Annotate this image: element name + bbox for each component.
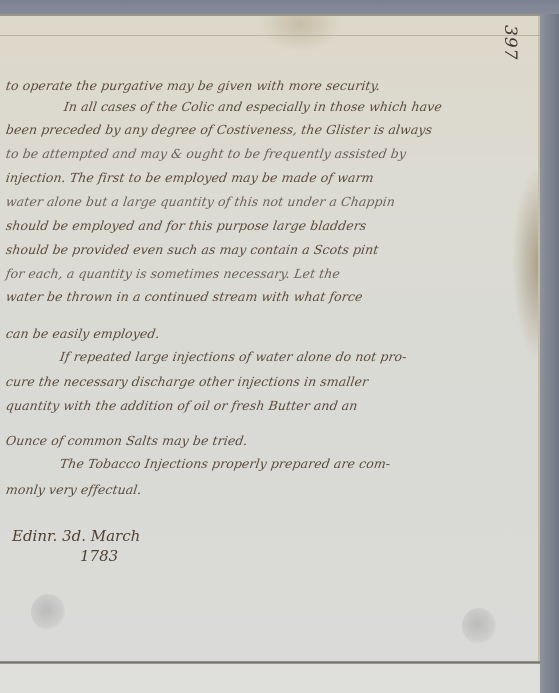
scan-backdrop-top — [0, 0, 559, 14]
text-line: to be attempted and may & ought to be fr… — [5, 146, 407, 161]
library-stamp-right — [462, 608, 496, 644]
text-line: If repeated large injections of water al… — [59, 349, 408, 364]
text-line: The Tobacco Injections properly prepared… — [59, 456, 391, 471]
library-stamp-left — [31, 594, 65, 630]
text-line: Ounce of common Salts may be tried. — [5, 433, 249, 448]
text-line: should be employed and for this purpose … — [5, 218, 368, 233]
fold-line-top — [0, 35, 540, 36]
text-line: can be easily employed. — [5, 326, 161, 341]
text-line: injection. The first to be employed may … — [5, 170, 375, 185]
page-lower-margin — [0, 664, 540, 693]
text-line: water alone but a large quantity of this… — [5, 194, 396, 209]
text-line: to operate the purgative may be given wi… — [5, 78, 381, 93]
text-line: quantity with the addition of oil or fre… — [5, 398, 359, 413]
dateline-place-date: Edinr. 3d. March — [12, 527, 140, 545]
text-line: been preceded by any degree of Costivene… — [5, 122, 433, 137]
text-line: should be provided even such as may cont… — [5, 242, 380, 257]
text-line: for each, a quantity is sometimes necess… — [5, 266, 341, 281]
text-line: water be thrown in a continued stream wi… — [5, 289, 364, 304]
text-line: In all cases of the Colic and especially… — [63, 99, 443, 114]
dateline: Edinr. 3d. March 1783 — [12, 527, 140, 565]
text-line: cure the necessary discharge other injec… — [5, 374, 369, 389]
dateline-year: 1783 — [80, 547, 140, 565]
scan-backdrop-right — [540, 14, 559, 693]
text-line: monly very effectual. — [5, 482, 143, 497]
folio-number: 397 — [500, 25, 520, 60]
